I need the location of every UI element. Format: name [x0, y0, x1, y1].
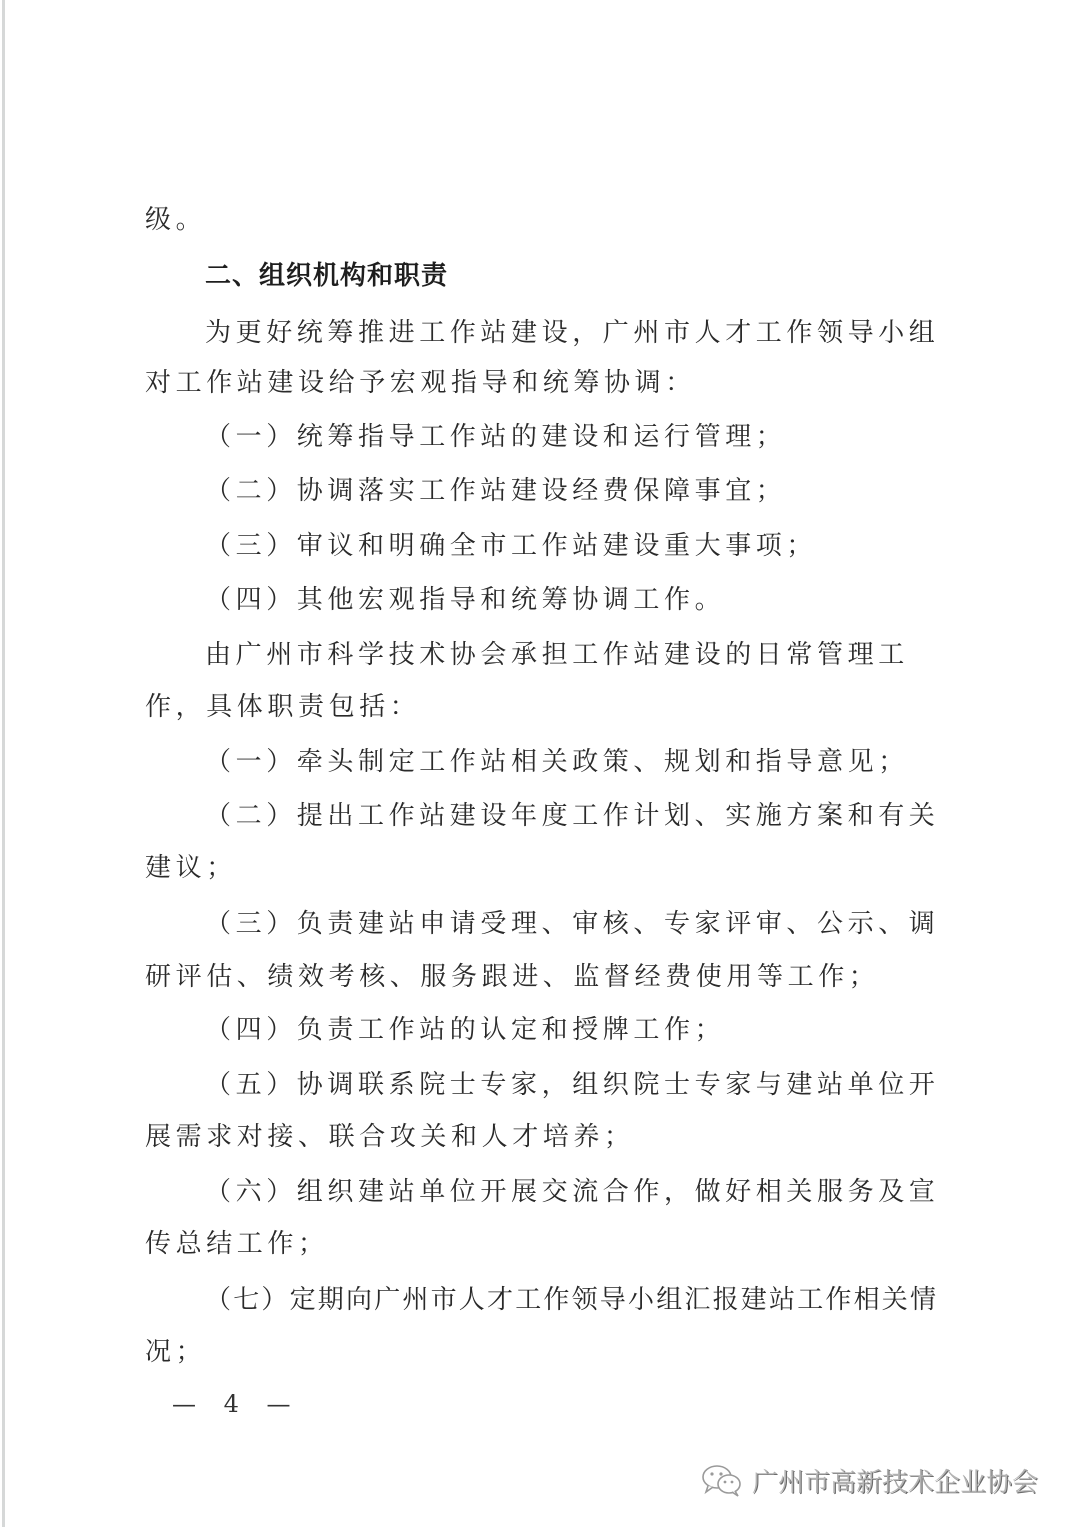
text-line: 建议； — [145, 853, 237, 883]
watermark-text: 广州市高新技术企业协会 — [752, 1462, 1038, 1499]
section-heading: 二、组织机构和职责 — [205, 261, 448, 291]
text-line: 为更好统筹推进工作站建设，广州市人才工作领导小组 — [205, 318, 939, 348]
list-item: （七）定期向广州市人才工作领导小组汇报建站工作相关情 — [205, 1285, 938, 1315]
wechat-icon — [700, 1463, 746, 1499]
text-line: 研评估、绩效考核、服务跟进、监督经费使用等工作； — [145, 962, 879, 992]
list-item: （三）负责建站申请受理、审核、专家评审、公示、调 — [205, 909, 939, 939]
list-item: （六）组织建站单位开展交流合作，做好相关服务及宣 — [205, 1177, 939, 1207]
list-item: （一）牵头制定工作站相关政策、规划和指导意见； — [205, 747, 909, 777]
text-line: 由广州市科学技术协会承担工作站建设的日常管理工 — [205, 640, 909, 670]
list-item: （三）审议和明确全市工作站建设重大事项； — [205, 531, 817, 561]
text-line: 级。 — [145, 205, 206, 235]
text-line: 作，具体职责包括： — [145, 692, 420, 722]
list-item: （一）统筹指导工作站的建设和运行管理； — [205, 422, 786, 452]
list-item: （五）协调联系院士专家，组织院士专家与建站单位开 — [205, 1070, 939, 1100]
text-line: 对工作站建设给予宏观指导和统筹协调： — [145, 368, 696, 398]
list-item: （二）协调落实工作站建设经费保障事宜； — [205, 476, 786, 506]
list-item: （四）负责工作站的认定和授牌工作； — [205, 1015, 725, 1045]
text-line: 况； — [145, 1337, 206, 1367]
text-line: 传总结工作； — [145, 1229, 329, 1259]
page-number: — 4 — — [172, 1390, 301, 1418]
scan-edge — [2, 0, 5, 1527]
list-item: （四）其他宏观指导和统筹协调工作。 — [205, 585, 725, 615]
text-line: 展需求对接、联合攻关和人才培养； — [145, 1122, 635, 1152]
list-item: （二）提出工作站建设年度工作计划、实施方案和有关 — [205, 801, 939, 831]
watermark: 广州市高新技术企业协会 — [700, 1462, 1038, 1499]
